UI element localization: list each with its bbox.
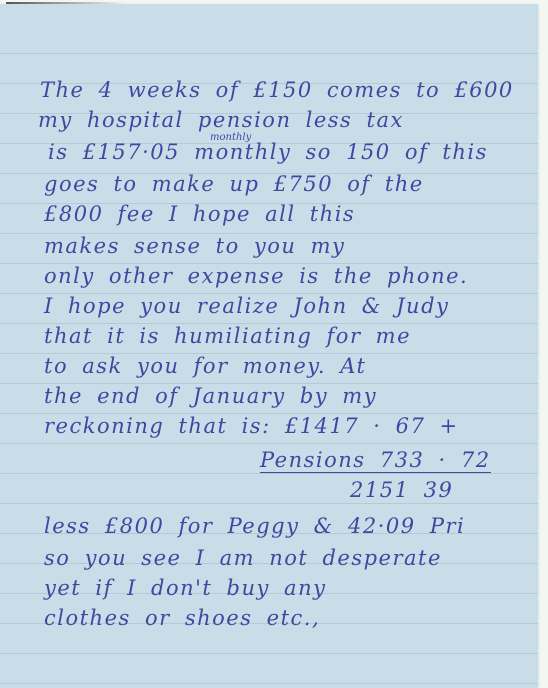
letter-line-5: £800 fee I hope all this	[44, 202, 355, 226]
letter-line-1: The 4 weeks of £150 comes to £600	[40, 78, 514, 102]
letter-line-total: 2151 39	[350, 478, 453, 502]
letter-line-2: my hospital pension less tax	[38, 108, 404, 132]
letter-line-pensions: Pensions 733 · 72	[260, 448, 491, 473]
letter-line-15: less £800 for Peggy & 42·09 Pri	[44, 514, 465, 538]
letter-line-8: I hope you realize John & Judy	[44, 294, 449, 318]
letter-line-18: clothes or shoes etc.,	[44, 606, 320, 630]
letter-line-3: is £157·05 monthly so 150 of this	[48, 140, 488, 164]
letter-line-17: yet if I don't buy any	[44, 576, 326, 600]
letter-line-7: only other expense is the phone.	[44, 264, 468, 288]
paper-edge	[6, 2, 126, 4]
letter-line-6: makes sense to you my	[44, 234, 345, 258]
letter-line-9: that it is humiliating for me	[44, 324, 411, 348]
letter-line-12: reckoning that is: £1417 · 67 +	[44, 414, 459, 438]
letter-line-11: the end of January by my	[44, 384, 377, 408]
letter-line-4: goes to make up £750 of the	[44, 172, 424, 196]
letter-line-16: so you see I am not desperate	[44, 546, 442, 570]
letter-line-10: to ask you for money. At	[44, 354, 366, 378]
